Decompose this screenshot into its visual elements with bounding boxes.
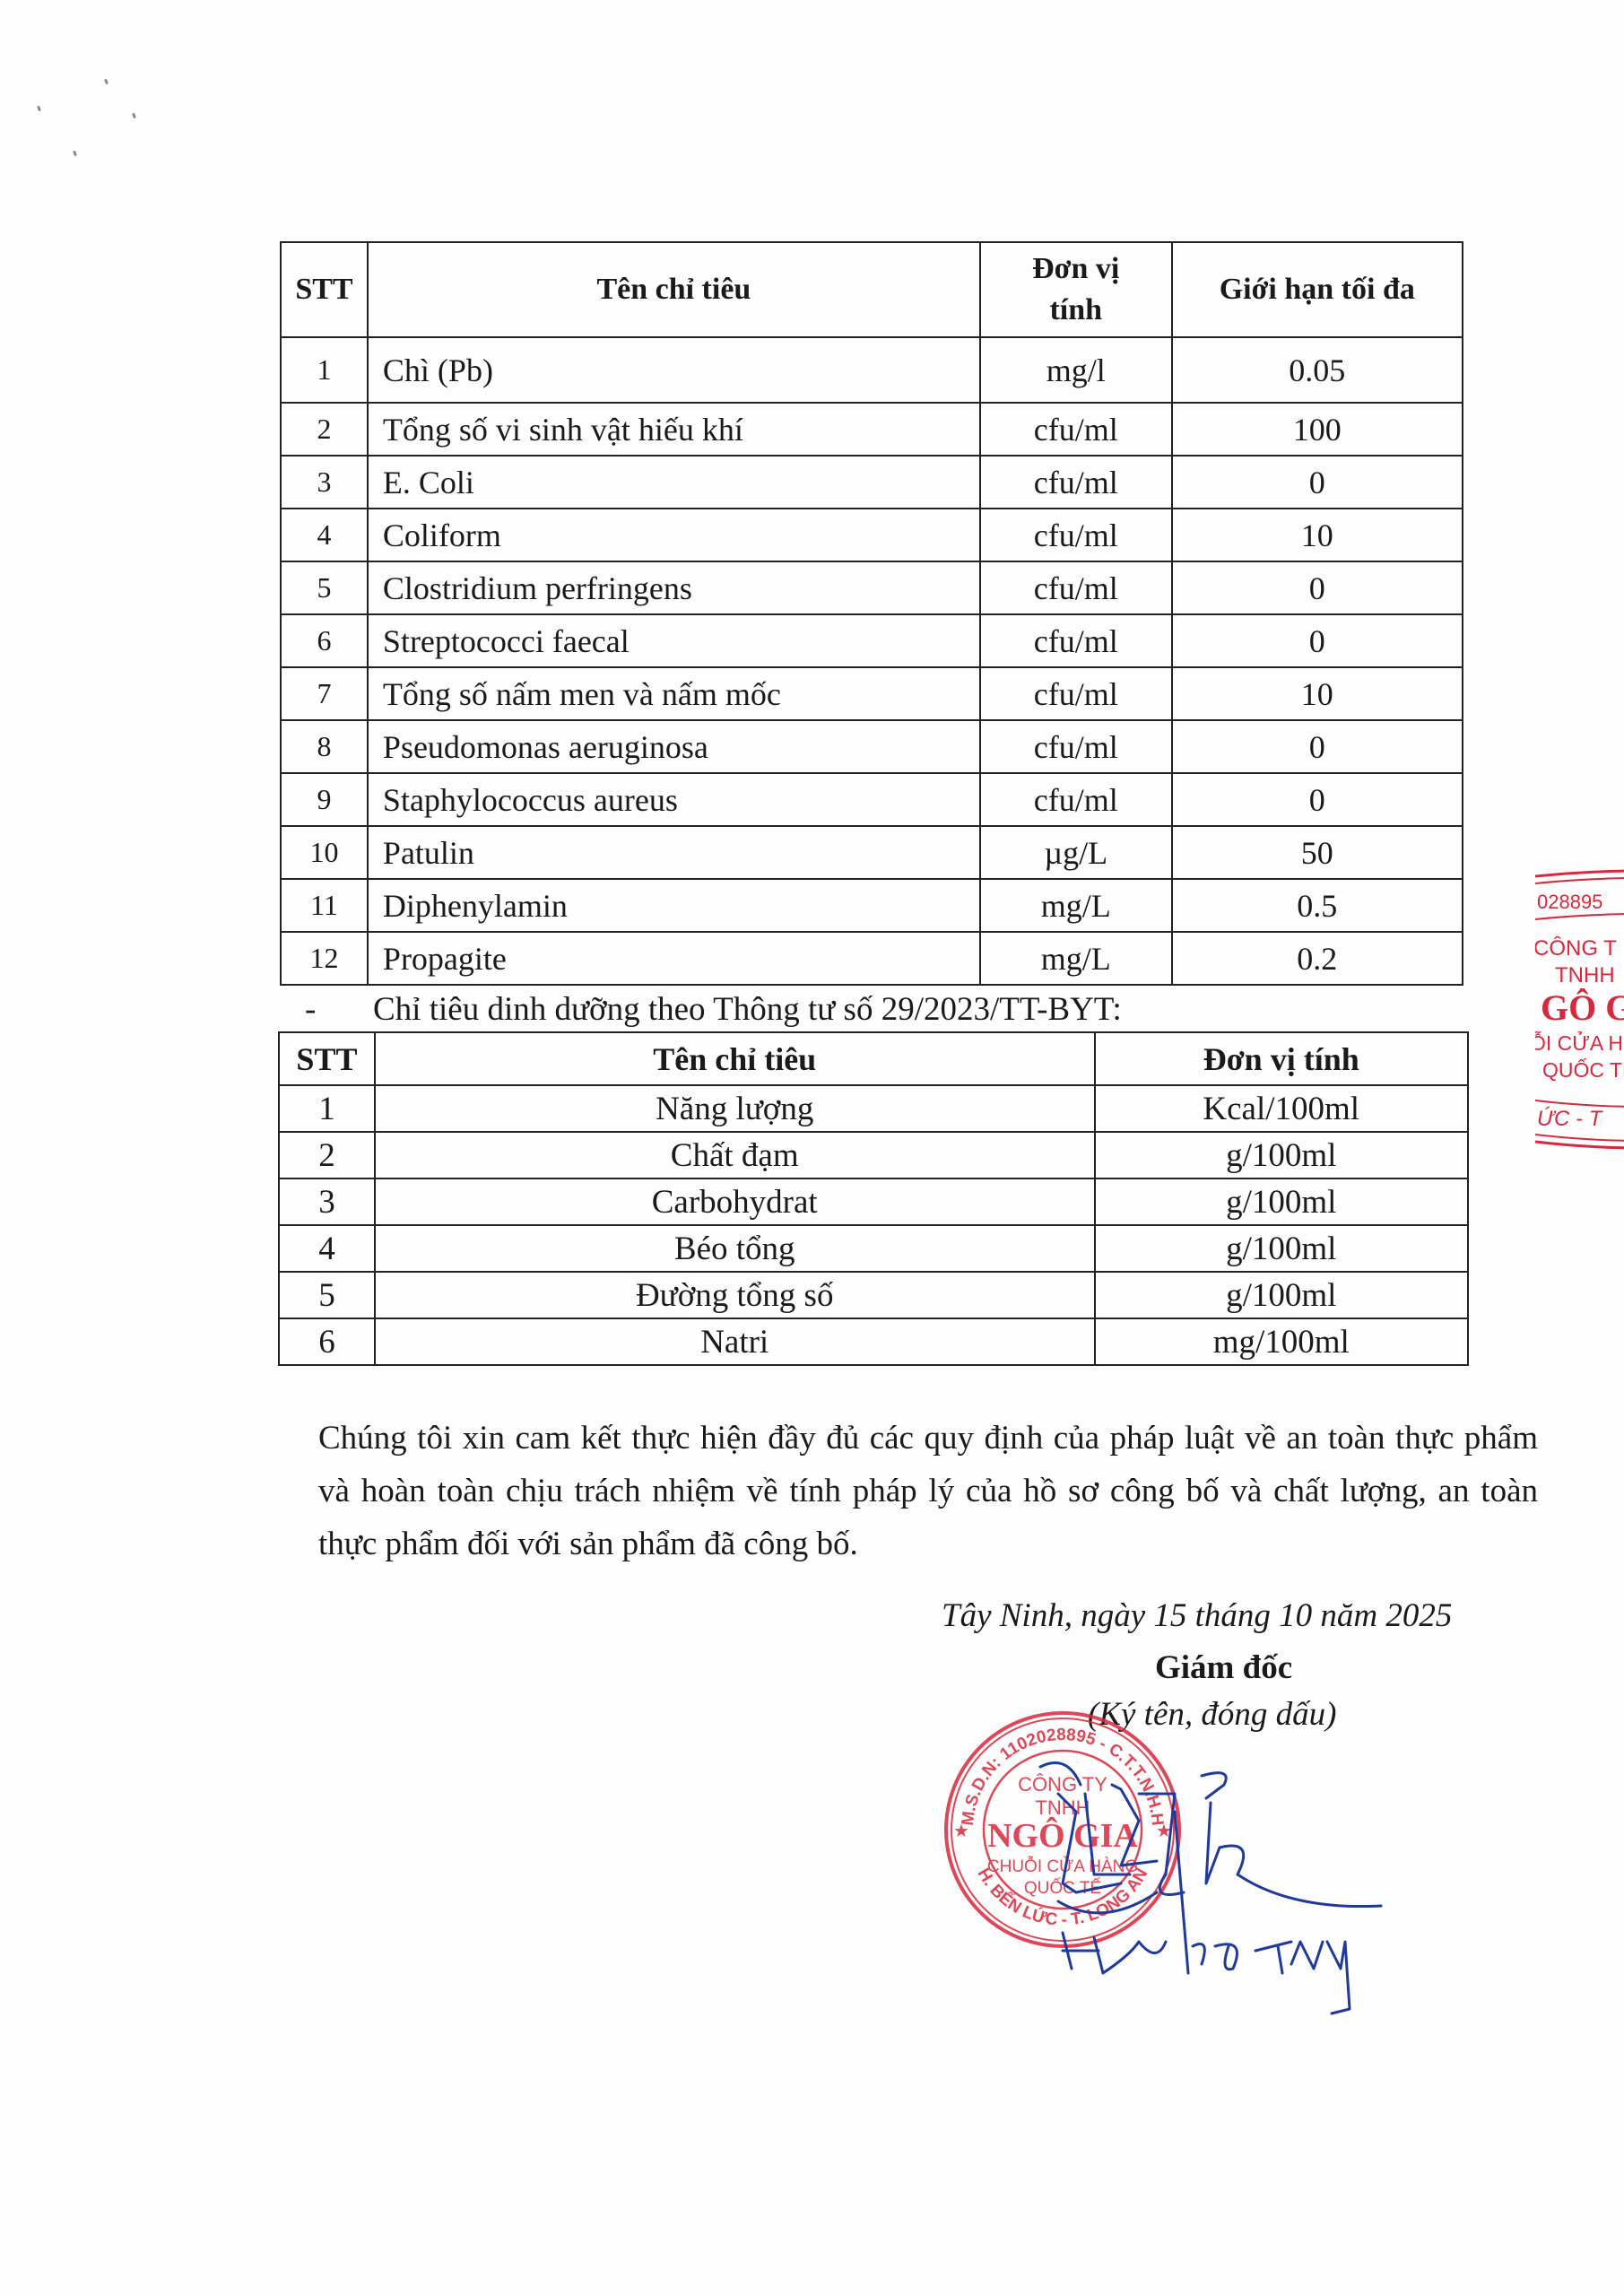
- edge-line4: ỖI CỬA H: [1535, 1030, 1623, 1055]
- row-unit: Kcal/100ml: [1095, 1085, 1468, 1132]
- scan-speck: [73, 151, 77, 157]
- header-unit-line2: tính: [1049, 293, 1102, 326]
- row-stt: 12: [281, 932, 368, 985]
- row-limit: 10: [1172, 667, 1463, 720]
- row-limit: 0.5: [1172, 879, 1463, 932]
- row-unit: mg/100ml: [1095, 1318, 1468, 1365]
- row-limit: 0.05: [1172, 337, 1463, 403]
- row-unit: cfu/ml: [980, 667, 1172, 720]
- row-unit: cfu/ml: [980, 456, 1172, 509]
- table-row: 3Carbohydratg/100ml: [279, 1178, 1468, 1225]
- stamp-star-left: ★: [953, 1822, 969, 1841]
- edge-line5: QUỐC TẾ: [1542, 1057, 1624, 1082]
- table-row: 2Chất đạmg/100ml: [279, 1132, 1468, 1178]
- table-row: 2Tổng số vi sinh vật hiếu khícfu/ml100: [281, 403, 1463, 456]
- row-stt: 3: [281, 456, 368, 509]
- row-limit: 0: [1172, 561, 1463, 614]
- edge-line3: GÔ GI: [1541, 987, 1624, 1028]
- row-unit: g/100ml: [1095, 1225, 1468, 1272]
- edge-line0: 028895: [1537, 891, 1602, 913]
- row-unit: cfu/ml: [980, 509, 1172, 561]
- row-limit: 10: [1172, 509, 1463, 561]
- row-name: Chất đạm: [375, 1132, 1095, 1178]
- bullet-dash: -: [305, 990, 373, 1029]
- table-row: 6Natrimg/100ml: [279, 1318, 1468, 1365]
- row-stt: 5: [281, 561, 368, 614]
- handwritten-signature-icon: [1022, 1758, 1399, 2018]
- row-name: Clostridium perfringens: [368, 561, 980, 614]
- header-limit: Giới hạn tối đa: [1172, 242, 1463, 337]
- table-header-row: STT Tên chỉ tiêu Đơn vịtính Giới hạn tối…: [281, 242, 1463, 337]
- page-seal-edge: 028895 CÔNG T TNHH GÔ GI ỖI CỬA H QUỐC T…: [1535, 865, 1624, 1152]
- table-row: 4Coliformcfu/ml10: [281, 509, 1463, 561]
- row-name: Pseudomonas aeruginosa: [368, 720, 980, 773]
- row-name: Streptococci faecal: [368, 614, 980, 667]
- table-row: 7Tổng số nấm men và nấm mốccfu/ml10: [281, 667, 1463, 720]
- edge-line2: TNHH: [1555, 963, 1615, 987]
- edge-line6: ỨC - T: [1537, 1107, 1604, 1131]
- table-header-row: STT Tên chỉ tiêu Đơn vị tính: [279, 1032, 1468, 1085]
- row-stt: 8: [281, 720, 368, 773]
- row-stt: 4: [281, 509, 368, 561]
- row-name: E. Coli: [368, 456, 980, 509]
- row-stt: 10: [281, 826, 368, 879]
- row-limit: 0.2: [1172, 932, 1463, 985]
- header-stt: STT: [281, 242, 368, 337]
- table-row: 3E. Colicfu/ml0: [281, 456, 1463, 509]
- row-stt: 7: [281, 667, 368, 720]
- nutrition-note: -Chỉ tiêu dinh dưỡng theo Thông tư số 29…: [305, 990, 1122, 1029]
- table-row: 12Propagitemg/L0.2: [281, 932, 1463, 985]
- row-name: Chì (Pb): [368, 337, 980, 403]
- row-unit: mg/L: [980, 879, 1172, 932]
- nutrition-note-text: Chỉ tiêu dinh dưỡng theo Thông tư số 29/…: [373, 991, 1122, 1028]
- row-stt: 5: [279, 1272, 375, 1318]
- row-unit: cfu/ml: [980, 773, 1172, 826]
- row-limit: 50: [1172, 826, 1463, 879]
- row-limit: 0: [1172, 720, 1463, 773]
- row-name: Đường tổng số: [375, 1272, 1095, 1318]
- row-name: Staphylococcus aureus: [368, 773, 980, 826]
- table-row: 6Streptococci faecalcfu/ml0: [281, 614, 1463, 667]
- row-limit: 0: [1172, 614, 1463, 667]
- header-unit: Đơn vịtính: [980, 242, 1172, 337]
- table-row: 10Patulinµg/L50: [281, 826, 1463, 879]
- row-stt: 2: [279, 1132, 375, 1178]
- row-name: Năng lượng: [375, 1085, 1095, 1132]
- row-stt: 4: [279, 1225, 375, 1272]
- header-name: Tên chỉ tiêu: [368, 242, 980, 337]
- row-unit: cfu/ml: [980, 720, 1172, 773]
- row-stt: 2: [281, 403, 368, 456]
- table-row: 8Pseudomonas aeruginosacfu/ml0: [281, 720, 1463, 773]
- row-limit: 100: [1172, 403, 1463, 456]
- row-stt: 6: [281, 614, 368, 667]
- commitment-paragraph: Chúng tôi xin cam kết thực hiện đầy đủ c…: [318, 1412, 1538, 1570]
- row-name: Diphenylamin: [368, 879, 980, 932]
- row-name: Propagite: [368, 932, 980, 985]
- row-stt: 1: [281, 337, 368, 403]
- table-row: 1Chì (Pb)mg/l0.05: [281, 337, 1463, 403]
- header-name: Tên chỉ tiêu: [375, 1032, 1095, 1085]
- nutrition-table: STT Tên chỉ tiêu Đơn vị tính 1Năng lượng…: [278, 1031, 1469, 1366]
- place-date: Tây Ninh, ngày 15 tháng 10 năm 2025: [942, 1596, 1452, 1635]
- table-row: 1Năng lượngKcal/100ml: [279, 1085, 1468, 1132]
- header-unit: Đơn vị tính: [1095, 1032, 1468, 1085]
- row-unit: µg/L: [980, 826, 1172, 879]
- scan-speck: [37, 106, 41, 112]
- row-name: Tổng số nấm men và nấm mốc: [368, 667, 980, 720]
- scan-speck: [104, 79, 109, 85]
- row-name: Coliform: [368, 509, 980, 561]
- header-stt: STT: [279, 1032, 375, 1085]
- table-row: 4Béo tổngg/100ml: [279, 1225, 1468, 1272]
- table-row: 5Clostridium perfringenscfu/ml0: [281, 561, 1463, 614]
- row-unit: mg/L: [980, 932, 1172, 985]
- signer-title: Giám đốc: [1155, 1648, 1292, 1687]
- row-name: Tổng số vi sinh vật hiếu khí: [368, 403, 980, 456]
- row-stt: 9: [281, 773, 368, 826]
- table-row: 5Đường tổng sốg/100ml: [279, 1272, 1468, 1318]
- contaminant-limits-table: STT Tên chỉ tiêu Đơn vịtính Giới hạn tối…: [280, 241, 1463, 986]
- scan-speck: [132, 113, 136, 119]
- edge-line1: CÔNG T: [1535, 935, 1617, 961]
- row-limit: 0: [1172, 773, 1463, 826]
- row-unit: g/100ml: [1095, 1272, 1468, 1318]
- row-unit: cfu/ml: [980, 561, 1172, 614]
- row-stt: 1: [279, 1085, 375, 1132]
- table-row: 9Staphylococcus aureuscfu/ml0: [281, 773, 1463, 826]
- row-stt: 11: [281, 879, 368, 932]
- row-unit: cfu/ml: [980, 614, 1172, 667]
- row-name: Carbohydrat: [375, 1178, 1095, 1225]
- row-stt: 6: [279, 1318, 375, 1365]
- row-unit: cfu/ml: [980, 403, 1172, 456]
- table-row: 11Diphenylaminmg/L0.5: [281, 879, 1463, 932]
- row-name: Natri: [375, 1318, 1095, 1365]
- row-stt: 3: [279, 1178, 375, 1225]
- row-unit: g/100ml: [1095, 1178, 1468, 1225]
- row-limit: 0: [1172, 456, 1463, 509]
- row-name: Béo tổng: [375, 1225, 1095, 1272]
- row-unit: g/100ml: [1095, 1132, 1468, 1178]
- partial-stamp-icon: 028895 CÔNG T TNHH GÔ GI ỖI CỬA H QUỐC T…: [1535, 865, 1624, 1152]
- header-unit-line1: Đơn vị: [1032, 252, 1119, 285]
- row-name: Patulin: [368, 826, 980, 879]
- row-unit: mg/l: [980, 337, 1172, 403]
